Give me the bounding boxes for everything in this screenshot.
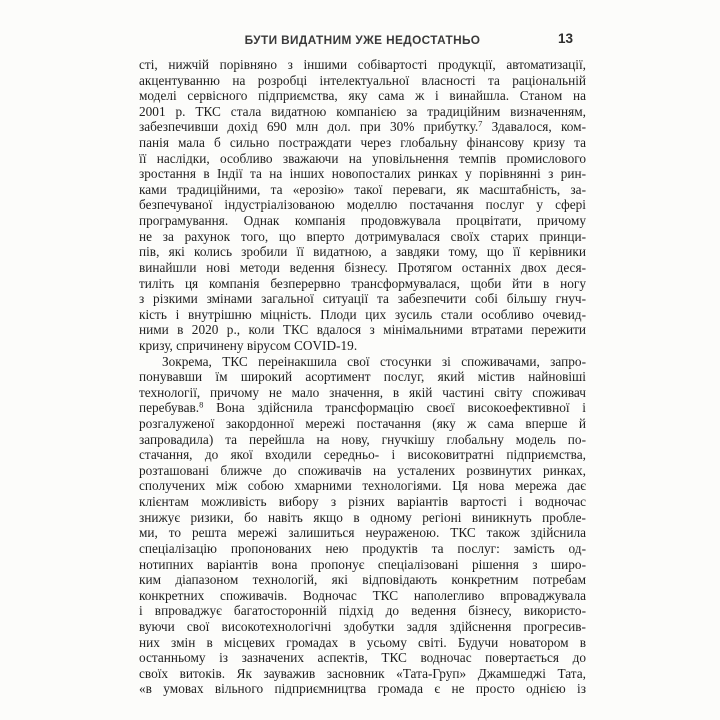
text-line: вуючи свої високотехнологічні здобутки з… (139, 619, 586, 635)
text-line: пів, які колись зробили її видатною, а з… (139, 244, 586, 260)
text-line: кризу, спричинену вірусом COVID-19. (139, 338, 586, 354)
text-line: них змін в місцевих громадах в усьому св… (139, 635, 586, 651)
text-segment: забезпечивши дохід 690 млн дол. при 30% … (139, 119, 478, 134)
text-line: Зокрема, ТКС переінакшила свої стосунки … (139, 354, 586, 370)
text-line: запровадила) та перейшла на нову, гнучкі… (139, 432, 586, 448)
text-line: її наслідки, особливо зважаючи на уповіл… (139, 151, 586, 167)
text-line: стачання, до якої входили середньо- і ви… (139, 447, 586, 463)
text-line: нотипних варіантів вона пропонує спеціал… (139, 557, 586, 573)
text-segment: перебував. (139, 400, 199, 415)
text-line: розгалуженої закордонної мережі постачан… (139, 416, 586, 432)
text-line: 2001 р. ТКС стала видатною компанією за … (139, 104, 586, 120)
text-line: панія мала б сильно постраждати через гл… (139, 135, 586, 151)
text-line: спеціалізацію пропонованих нею продуктів… (139, 541, 586, 557)
text-line: винайшли нові методи ведення бізнесу. Пр… (139, 260, 586, 276)
page-number: 13 (558, 31, 573, 46)
text-line: «в умовах вільного підприємництва громад… (139, 681, 586, 697)
text-line: клієнтам можливість вибору з різних варі… (139, 494, 586, 510)
text-line: акцентуванню на розробці інтелектуальної… (139, 73, 586, 89)
book-page: БУТИ ВИДАТНИМ УЖЕ НЕДОСТАТНЬО 13 сті, ни… (0, 0, 720, 720)
text-line: моделі сервісного підприємства, яку сама… (139, 88, 586, 104)
text-line: понувавши їм широкий асортимент послуг, … (139, 369, 586, 385)
paragraph: сті, нижчій порівняно з іншими собіварто… (139, 57, 586, 354)
running-head-title: БУТИ ВИДАТНИМ УЖЕ НЕДОСТАТНЬО (139, 33, 586, 47)
text-segment: Здавалося, ком- (482, 119, 586, 134)
text-line: своїх витоків. Як зауважив засновник «Та… (139, 666, 586, 682)
text-line: ми, то решта мережі залишиться неуражено… (139, 525, 586, 541)
text-line: програмування. Однак компанія продовжува… (139, 213, 586, 229)
paragraph: Зокрема, ТКС переінакшила свої стосунки … (139, 354, 586, 697)
text-line: сполучених між собою хмарними технологія… (139, 478, 586, 494)
page-header: БУТИ ВИДАТНИМ УЖЕ НЕДОСТАТНЬО 13 (139, 33, 586, 49)
text-line: ними в 2020 р., коли ТКС вдалося з мінім… (139, 322, 586, 338)
page-body: сті, нижчій порівняно з іншими собіварто… (139, 57, 586, 697)
text-line: перебував.8 Вона здійснила трансформацію… (139, 400, 586, 416)
text-segment: Вона здійснила трансформацію своєї висок… (203, 400, 586, 415)
text-line: забезпечивши дохід 690 млн дол. при 30% … (139, 119, 586, 135)
text-line: кість і внутрішню міцність. Плоди цих зу… (139, 307, 586, 323)
text-line: і впроваджує багатосторонній підхід до в… (139, 603, 586, 619)
text-line: конкретних споживачів. Водночас ТКС напо… (139, 588, 586, 604)
text-line: розташовані ближче до споживачів на уста… (139, 463, 586, 479)
text-line: технології, причому не мало значення, в … (139, 385, 586, 401)
text-line: останньому із зазначених аспектів, ТКС в… (139, 650, 586, 666)
text-line: безпечуваної індустріалізованою моделлю … (139, 197, 586, 213)
text-line: сті, нижчій порівняно з іншими собіварто… (139, 57, 586, 73)
text-line: не за рахунок того, що вперто дотримувал… (139, 229, 586, 245)
text-line: ками традиційними, та «ерозію» такої пер… (139, 182, 586, 198)
text-line: з різкими змінами загальної ситуації та … (139, 291, 586, 307)
text-line: тиліть ця компанія безперервно трансформ… (139, 276, 586, 292)
text-line: ким діапазоном технологій, які відповіда… (139, 572, 586, 588)
text-line: знижує ризики, бо навіть якщо в одному р… (139, 510, 586, 526)
text-line: зростання в Індії та на інших новопостал… (139, 166, 586, 182)
